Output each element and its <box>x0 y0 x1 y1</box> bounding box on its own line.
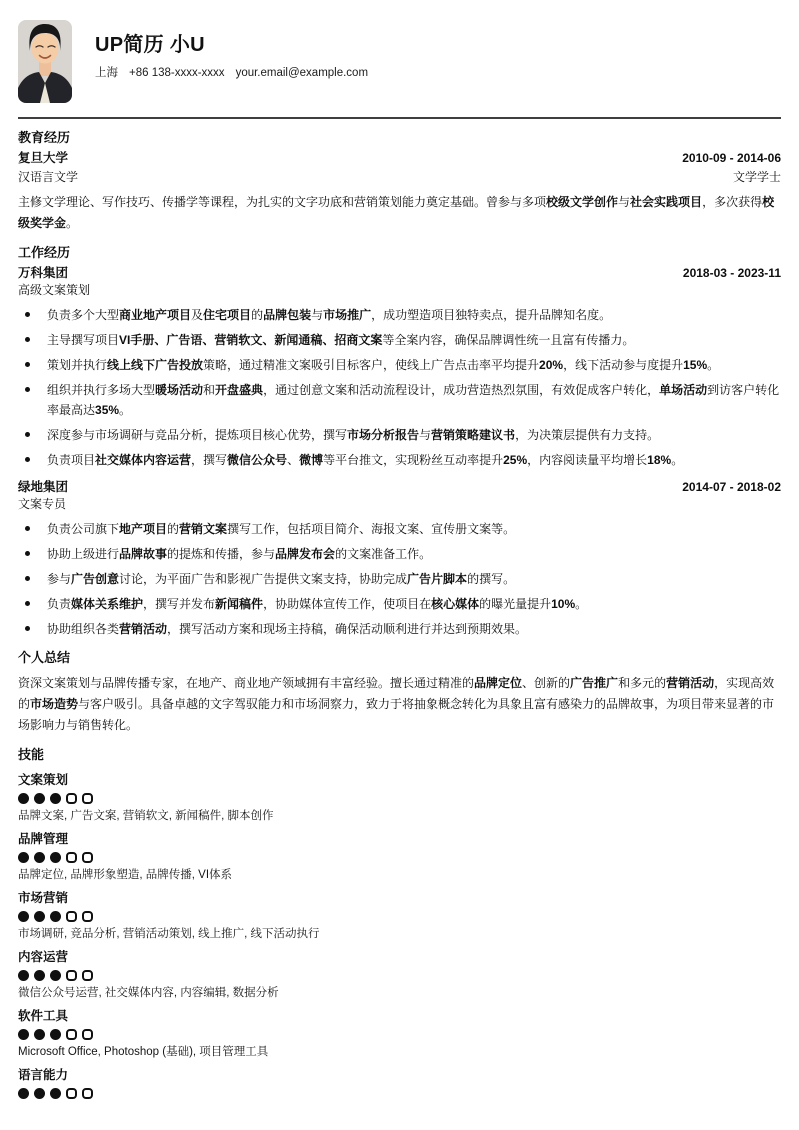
text: ，撰写并发布 <box>143 597 215 611</box>
company-name: 万科集团 <box>18 264 68 282</box>
job-entry: 万科集团2018-03 - 2023-11高级文案策划负责多个大型商业地产项目及… <box>18 264 781 470</box>
text: 的提炼和传播，参与 <box>167 547 275 561</box>
bullet-icon <box>25 432 30 437</box>
bold-text: 品牌包装 <box>263 308 311 322</box>
bullet-item: 组织并执行多场大型暖场活动和开盘盛典，通过创意文案和活动流程设计，成功营造热烈氛… <box>18 380 781 420</box>
bold-text: 10% <box>551 597 575 611</box>
text: 资深文案策划与品牌传播专家，在地产、商业地产领域拥有丰富经验。擅长通过精准的 <box>18 676 474 690</box>
bold-text: 35% <box>95 403 119 417</box>
text: 的 <box>251 308 263 322</box>
text: 协助组织各类 <box>47 622 119 636</box>
skill-name: 品牌管理 <box>18 831 781 848</box>
bold-text: 市场造势 <box>30 697 78 711</box>
text: 讨论，为平面广告和影视广告提供文案支持，协助完成 <box>119 572 407 586</box>
text: 的撰写。 <box>467 572 515 586</box>
contact-email: your.email@example.com <box>236 66 368 80</box>
rating-dot-empty-icon <box>82 911 93 922</box>
summary-section: 个人总结 资深文案策划与品牌传播专家，在地产、商业地产领域拥有丰富经验。擅长通过… <box>18 649 781 736</box>
bold-text: 营销活动 <box>119 622 167 636</box>
education-title: 教育经历 <box>18 129 781 147</box>
text: ，撰写 <box>191 453 227 467</box>
rating-dot-filled-icon <box>50 1088 61 1099</box>
rating-dot-filled-icon <box>50 911 61 922</box>
text: 。 <box>119 403 131 417</box>
summary-text: 资深文案策划与品牌传播专家，在地产、商业地产领域拥有丰富经验。擅长通过精准的品牌… <box>18 673 781 736</box>
rating-dot-filled-icon <box>34 1088 45 1099</box>
education-section: 教育经历 复旦大学 2010-09 - 2014-06 汉语言文学 文学学士 主… <box>18 129 781 234</box>
rating-dot-filled-icon <box>34 852 45 863</box>
text: 主导撰写项目 <box>47 333 119 347</box>
skill-rating <box>18 1088 781 1099</box>
header-divider <box>18 117 781 119</box>
text: ，成功塑造项目独特卖点，提升品牌知名度。 <box>371 308 611 322</box>
text: 的文案准备工作。 <box>335 547 431 561</box>
text: ，多次获得 <box>702 195 762 209</box>
contact-phone: +86 138-xxxx-xxxx <box>129 66 225 80</box>
bold-text: 开盘盛典 <box>215 383 263 397</box>
skill-entry: 市场营销市场调研, 竞品分析, 营销活动策划, 线上推广, 线下活动执行 <box>18 890 781 941</box>
bullet-icon <box>25 387 30 392</box>
rating-dot-empty-icon <box>82 1088 93 1099</box>
text: 策略，通过精准文案吸引目标客户，使线上广告点击率平均提升 <box>203 358 539 372</box>
bold-text: 营销策略建议书 <box>431 428 515 442</box>
education-summary: 主修文学理论、写作技巧、传播学等课程，为扎实的文字功底和营销策划能力奠定基础。曾… <box>18 192 781 234</box>
rating-dot-filled-icon <box>34 970 45 981</box>
resume-header: UP简历 小U 上海 +86 138-xxxx-xxxx your.email@… <box>18 20 781 103</box>
job-bullets: 负责公司旗下地产项目的营销文案撰写工作，包括项目简介、海报文案、宣传册文案等。协… <box>18 519 781 639</box>
bold-text: 品牌定位 <box>474 676 522 690</box>
school-name: 复旦大学 <box>18 149 68 167</box>
skill-keywords: Microsoft Office, Photoshop (基础), 项目管理工具 <box>18 1045 781 1059</box>
bold-text: 广告片脚本 <box>407 572 467 586</box>
skills-list: 文案策划品牌文案, 广告文案, 营销软文, 新闻稿件, 脚本创作品牌管理品牌定位… <box>18 772 781 1099</box>
bold-text: 住宅项目 <box>203 308 251 322</box>
contact-line: 上海 +86 138-xxxx-xxxx your.email@example.… <box>95 66 368 80</box>
summary-title: 个人总结 <box>18 649 781 667</box>
bold-text: 广告推广 <box>570 676 618 690</box>
rating-dot-empty-icon <box>82 793 93 804</box>
bold-text: 18% <box>647 453 671 467</box>
text: 的曝光量提升 <box>479 597 551 611</box>
text: 与 <box>311 308 323 322</box>
bullet-item: 策划并执行线上线下广告投放策略，通过精准文案吸引目标客户，使线上广告点击率平均提… <box>18 355 781 375</box>
rating-dot-empty-icon <box>66 1029 77 1040</box>
rating-dot-empty-icon <box>66 852 77 863</box>
rating-dot-filled-icon <box>18 852 29 863</box>
job-role: 文案专员 <box>18 496 781 513</box>
rating-dot-filled-icon <box>18 970 29 981</box>
rating-dot-empty-icon <box>66 793 77 804</box>
bold-text: 15% <box>683 358 707 372</box>
bold-text: 媒体关系维护 <box>71 597 143 611</box>
bullet-text: 参与广告创意讨论，为平面广告和影视广告提供文案支持，协助完成广告片脚本的撰写。 <box>47 572 515 586</box>
rating-dot-filled-icon <box>34 1029 45 1040</box>
text: 与 <box>419 428 431 442</box>
bullet-item: 参与广告创意讨论，为平面广告和影视广告提供文案支持，协助完成广告片脚本的撰写。 <box>18 569 781 589</box>
text: ，线下活动参与度提升 <box>563 358 683 372</box>
portrait-illustration <box>18 20 72 103</box>
skill-rating <box>18 852 781 863</box>
text: 深度参与市场调研与竞品分析，提炼项目核心优势，撰写 <box>47 428 347 442</box>
bullet-item: 负责媒体关系维护，撰写并发布新闻稿件，协助媒体宣传工作，使项目在核心媒体的曝光量… <box>18 594 781 614</box>
bullet-text: 负责项目社交媒体内容运营，撰写微信公众号、微博等平台推文，实现粉丝互动率提升25… <box>47 453 683 467</box>
skill-rating <box>18 793 781 804</box>
text: 等全案内容，确保品牌调性统一且富有传播力。 <box>382 333 634 347</box>
text: 及 <box>191 308 203 322</box>
profile-photo <box>18 20 72 103</box>
bold-text: 20% <box>539 358 563 372</box>
bold-text: 商业地产项目 <box>119 308 191 322</box>
skill-entry: 内容运营微信公众号运营, 社交媒体内容, 内容编辑, 数据分析 <box>18 949 781 1000</box>
company-name: 绿地集团 <box>18 478 68 496</box>
text: ，通过创意文案和活动流程设计，成功营造热烈氛围，有效促成客户转化， <box>263 383 659 397</box>
text: 与客户吸引。具备卓越的文字驾驭能力和市场洞察力，致力于将抽象概念转化为具象且富有… <box>18 697 774 732</box>
bold-text: 品牌故事 <box>119 547 167 561</box>
bullet-item: 协助上级进行品牌故事的提炼和传播，参与品牌发布会的文案准备工作。 <box>18 544 781 564</box>
bullet-item: 协助组织各类营销活动，撰写活动方案和现场主持稿，确保活动顺利进行并达到预期效果。 <box>18 619 781 639</box>
bullet-icon <box>25 362 30 367</box>
header-info: UP简历 小U 上海 +86 138-xxxx-xxxx your.email@… <box>95 20 368 80</box>
bullet-text: 深度参与市场调研与竞品分析，提炼项目核心优势，撰写市场分析报告与营销策略建议书，… <box>47 428 659 442</box>
bullet-icon <box>25 457 30 462</box>
skills-section: 技能 文案策划品牌文案, 广告文案, 营销软文, 新闻稿件, 脚本创作品牌管理品… <box>18 746 781 1099</box>
bullet-item: 深度参与市场调研与竞品分析，提炼项目核心优势，撰写市场分析报告与营销策略建议书，… <box>18 425 781 445</box>
experience-section: 工作经历 万科集团2018-03 - 2023-11高级文案策划负责多个大型商业… <box>18 244 781 639</box>
rating-dot-filled-icon <box>18 911 29 922</box>
text: 参与 <box>47 572 71 586</box>
bullet-text: 组织并执行多场大型暖场活动和开盘盛典，通过创意文案和活动流程设计，成功营造热烈氛… <box>47 383 779 417</box>
bullet-icon <box>25 551 30 556</box>
rating-dot-filled-icon <box>50 970 61 981</box>
rating-dot-filled-icon <box>18 1029 29 1040</box>
bullet-icon <box>25 576 30 581</box>
text: 等平台推文，实现粉丝互动率提升 <box>323 453 503 467</box>
bullet-icon <box>25 337 30 342</box>
rating-dot-filled-icon <box>18 793 29 804</box>
bold-text: VI手册、广告语、营销软文、新闻通稿、招商文案 <box>119 333 382 347</box>
bold-text: 校级文学创作 <box>546 195 618 209</box>
rating-dot-filled-icon <box>34 911 45 922</box>
experience-jobs: 万科集团2018-03 - 2023-11高级文案策划负责多个大型商业地产项目及… <box>18 264 781 639</box>
bold-text: 核心媒体 <box>431 597 479 611</box>
rating-dot-empty-icon <box>82 852 93 863</box>
bullet-text: 主导撰写项目VI手册、广告语、营销软文、新闻通稿、招商文案等全案内容，确保品牌调… <box>47 333 634 347</box>
text: ，为决策层提供有力支持。 <box>515 428 659 442</box>
bold-text: 单场活动 <box>659 383 707 397</box>
text: 。 <box>66 216 78 230</box>
skill-keywords: 品牌定位, 品牌形象塑造, 品牌传播, VI体系 <box>18 868 781 882</box>
skill-keywords: 市场调研, 竞品分析, 营销活动策划, 线上推广, 线下活动执行 <box>18 927 781 941</box>
text: 。 <box>671 453 683 467</box>
text: ，内容阅读量平均增长 <box>527 453 647 467</box>
bold-text: 25% <box>503 453 527 467</box>
education-dates: 2010-09 - 2014-06 <box>682 150 781 167</box>
skill-rating <box>18 970 781 981</box>
rating-dot-empty-icon <box>66 970 77 981</box>
rating-dot-empty-icon <box>82 970 93 981</box>
skill-name: 软件工具 <box>18 1008 781 1025</box>
rating-dot-filled-icon <box>50 1029 61 1040</box>
bullet-text: 负责多个大型商业地产项目及住宅项目的品牌包装与市场推广，成功塑造项目独特卖点，提… <box>47 308 611 322</box>
text: 协助上级进行 <box>47 547 119 561</box>
text: 。 <box>707 358 719 372</box>
education-major-row: 汉语言文学 文学学士 <box>18 169 781 186</box>
bullet-text: 负责媒体关系维护，撰写并发布新闻稿件，协助媒体宣传工作，使项目在核心媒体的曝光量… <box>47 597 587 611</box>
bold-text: 营销文案 <box>179 522 227 536</box>
rating-dot-filled-icon <box>18 1088 29 1099</box>
skill-name: 语言能力 <box>18 1067 781 1084</box>
candidate-name: UP简历 小U <box>95 33 368 57</box>
bullet-text: 负责公司旗下地产项目的营销文案撰写工作，包括项目简介、海报文案、宣传册文案等。 <box>47 522 515 536</box>
skill-entry: 语言能力 <box>18 1067 781 1099</box>
job-dates: 2014-07 - 2018-02 <box>682 479 781 496</box>
skill-name: 市场营销 <box>18 890 781 907</box>
bullet-text: 策划并执行线上线下广告投放策略，通过精准文案吸引目标客户，使线上广告点击率平均提… <box>47 358 719 372</box>
bold-text: 社交媒体内容运营 <box>95 453 191 467</box>
job-role: 高级文案策划 <box>18 282 781 299</box>
skill-keywords: 微信公众号运营, 社交媒体内容, 内容编辑, 数据分析 <box>18 986 781 1000</box>
rating-dot-filled-icon <box>34 793 45 804</box>
text: 和 <box>203 383 215 397</box>
contact-location: 上海 <box>95 66 118 80</box>
skill-rating <box>18 1029 781 1040</box>
text: 负责多个大型 <box>47 308 119 322</box>
experience-title: 工作经历 <box>18 244 781 262</box>
bullet-item: 负责多个大型商业地产项目及住宅项目的品牌包装与市场推广，成功塑造项目独特卖点，提… <box>18 305 781 325</box>
skill-name: 文案策划 <box>18 772 781 789</box>
job-header-row: 万科集团2018-03 - 2023-11 <box>18 264 781 282</box>
bold-text: 微信公众号 <box>227 453 287 467</box>
bold-text: 市场分析报告 <box>347 428 419 442</box>
text: 与 <box>618 195 630 209</box>
bold-text: 地产项目 <box>119 522 167 536</box>
skill-keywords: 品牌文案, 广告文案, 营销软文, 新闻稿件, 脚本创作 <box>18 809 781 823</box>
job-dates: 2018-03 - 2023-11 <box>683 265 781 282</box>
bold-text: 微博 <box>299 453 323 467</box>
text: 。 <box>575 597 587 611</box>
bold-text: 新闻稿件 <box>215 597 263 611</box>
job-bullets: 负责多个大型商业地产项目及住宅项目的品牌包装与市场推广，成功塑造项目独特卖点，提… <box>18 305 781 470</box>
bullet-icon <box>25 601 30 606</box>
bold-text: 广告创意 <box>71 572 119 586</box>
bold-text: 线上线下广告投放 <box>107 358 203 372</box>
text: 负责项目 <box>47 453 95 467</box>
skill-entry: 文案策划品牌文案, 广告文案, 营销软文, 新闻稿件, 脚本创作 <box>18 772 781 823</box>
bold-text: 品牌发布会 <box>275 547 335 561</box>
text: 策划并执行 <box>47 358 107 372</box>
rating-dot-empty-icon <box>66 1088 77 1099</box>
job-header-row: 绿地集团2014-07 - 2018-02 <box>18 478 781 496</box>
text: 撰写工作，包括项目简介、海报文案、宣传册文案等。 <box>227 522 515 536</box>
education-school-row: 复旦大学 2010-09 - 2014-06 <box>18 149 781 167</box>
bullet-icon <box>25 312 30 317</box>
bullet-item: 负责项目社交媒体内容运营，撰写微信公众号、微博等平台推文，实现粉丝互动率提升25… <box>18 450 781 470</box>
bold-text: 营销活动 <box>666 676 714 690</box>
bold-text: 市场推广 <box>323 308 371 322</box>
skill-entry: 品牌管理品牌定位, 品牌形象塑造, 品牌传播, VI体系 <box>18 831 781 882</box>
text: 负责 <box>47 597 71 611</box>
text: ，撰写活动方案和现场主持稿，确保活动顺利进行并达到预期效果。 <box>167 622 527 636</box>
bullet-text: 协助上级进行品牌故事的提炼和传播，参与品牌发布会的文案准备工作。 <box>47 547 431 561</box>
bullet-item: 主导撰写项目VI手册、广告语、营销软文、新闻通稿、招商文案等全案内容，确保品牌调… <box>18 330 781 350</box>
bullet-text: 协助组织各类营销活动，撰写活动方案和现场主持稿，确保活动顺利进行并达到预期效果。 <box>47 622 527 636</box>
bullet-icon <box>25 526 30 531</box>
skill-entry: 软件工具Microsoft Office, Photoshop (基础), 项目… <box>18 1008 781 1059</box>
rating-dot-filled-icon <box>50 852 61 863</box>
text: 组织并执行多场大型 <box>47 383 155 397</box>
text: 和多元的 <box>618 676 666 690</box>
text: 的 <box>167 522 179 536</box>
rating-dot-filled-icon <box>50 793 61 804</box>
major-name: 汉语言文学 <box>18 169 78 186</box>
rating-dot-empty-icon <box>66 911 77 922</box>
text: ，协助媒体宣传工作，使项目在 <box>263 597 431 611</box>
text: 、 <box>287 453 299 467</box>
skill-name: 内容运营 <box>18 949 781 966</box>
rating-dot-empty-icon <box>82 1029 93 1040</box>
bullet-icon <box>25 626 30 631</box>
bold-text: 社会实践项目 <box>630 195 702 209</box>
skills-title: 技能 <box>18 746 781 764</box>
degree-name: 文学学士 <box>733 169 781 186</box>
text: 主修文学理论、写作技巧、传播学等课程，为扎实的文字功底和营销策划能力奠定基础。曾… <box>18 195 546 209</box>
text: 负责公司旗下 <box>47 522 119 536</box>
skill-rating <box>18 911 781 922</box>
bold-text: 暖场活动 <box>155 383 203 397</box>
text: 、创新的 <box>522 676 570 690</box>
resume-page: UP简历 小U 上海 +86 138-xxxx-xxxx your.email@… <box>0 0 799 1099</box>
bullet-item: 负责公司旗下地产项目的营销文案撰写工作，包括项目简介、海报文案、宣传册文案等。 <box>18 519 781 539</box>
job-entry: 绿地集团2014-07 - 2018-02文案专员负责公司旗下地产项目的营销文案… <box>18 478 781 639</box>
